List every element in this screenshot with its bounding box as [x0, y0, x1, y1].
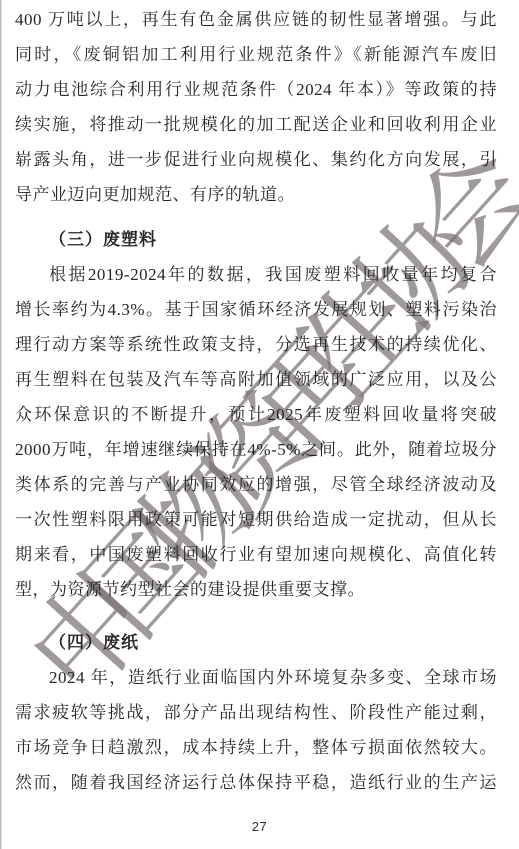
paragraph-line: 2024 年，造纸行业面临国内外环境复杂多变、全球市场 [15, 660, 497, 695]
paragraph-line: 类体系的完善与产业协同效应的增强，尽管全球经济波动及 [15, 467, 497, 502]
document-page: 中国物资再生协会 400 万吨以上，再生有色金属供应链的韧性显著增强。与此 同时… [0, 0, 519, 849]
paragraph-line: 理行动方案等系统性政策支持，分选再生技术的持续优化、 [15, 327, 497, 362]
paragraph-line: 一次性塑料限用政策可能对短期供给造成一定扰动，但从长 [15, 502, 497, 537]
paragraph-line: 增长率约为4.3%。基于国家循环经济发展规划、塑料污染治 [15, 292, 497, 327]
paragraph-line: 众环保意识的不断提升，预计2025年废塑料回收量将突破 [15, 397, 497, 432]
paragraph-line: 市场竞争日趋激烈，成本持续上升，整体亏损面依然较大。 [15, 730, 497, 765]
paragraph-line: 然而，随着我国经济运行总体保持平稳，造纸行业的生产运 [15, 765, 497, 800]
paragraph-line: 再生塑料在包装及汽车等高附加值领域的广泛应用，以及公 [15, 362, 497, 397]
section-3-heading: （三）废塑料 [15, 222, 497, 257]
scan-edge-artifact [0, 0, 2, 849]
section-4-paragraph: 2024 年，造纸行业面临国内外环境复杂多变、全球市场 需求疲软等挑战，部分产品… [15, 660, 497, 800]
paragraph-line: 根据2019-2024年的数据，我国废塑料回收量年均复合 [15, 257, 497, 292]
page-number: 27 [0, 819, 519, 834]
paragraph-line: 期来看，中国废塑料回收行业有望加速向规模化、高值化转 [15, 537, 497, 572]
section-4-heading: （四）废纸 [15, 625, 497, 660]
paragraph-line: 导产业迈向更加规范、有序的轨道。 [15, 177, 497, 212]
paragraph-line: 崭露头角，进一步促进行业向规模化、集约化方向发展，引 [15, 142, 497, 177]
paragraph-line: 同时，《废铜铝加工利用行业规范条件》《新能源汽车废旧 [15, 37, 497, 72]
paragraph-line: 型，为资源节约型社会的建设提供重要支撑。 [15, 572, 497, 607]
section-3-paragraph: 根据2019-2024年的数据，我国废塑料回收量年均复合 增长率约为4.3%。基… [15, 257, 497, 607]
paragraph-line: 2000万吨，年增速继续保持在4%-5%之间。此外，随着垃圾分 [15, 432, 497, 467]
intro-paragraph: 400 万吨以上，再生有色金属供应链的韧性显著增强。与此 同时，《废铜铝加工利用… [15, 2, 497, 212]
paragraph-line: 续实施，将推动一批规模化的加工配送企业和回收利用企业 [15, 107, 497, 142]
paragraph-line: 需求疲软等挑战，部分产品出现结构性、阶段性产能过剩， [15, 695, 497, 730]
paragraph-line: 400 万吨以上，再生有色金属供应链的韧性显著增强。与此 [15, 2, 497, 37]
page-content: 400 万吨以上，再生有色金属供应链的韧性显著增强。与此 同时，《废铜铝加工利用… [15, 2, 497, 800]
paragraph-line: 动力电池综合利用行业规范条件（2024 年本）》等政策的持 [15, 72, 497, 107]
